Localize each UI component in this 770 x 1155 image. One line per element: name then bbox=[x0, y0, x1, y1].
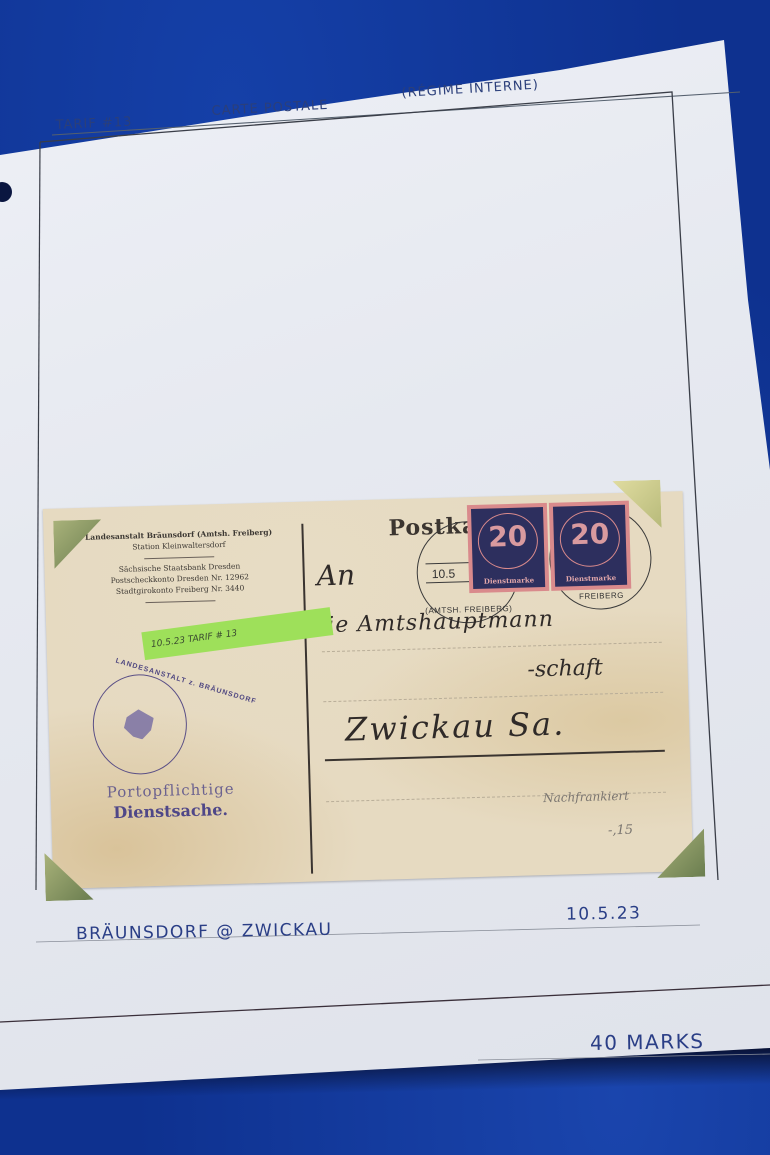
address-underline bbox=[325, 750, 665, 761]
stamp-1: 20 Dienstmarke bbox=[467, 503, 549, 593]
seal-emblem-icon bbox=[123, 709, 154, 740]
stamp-label: Dienstmarke bbox=[473, 575, 545, 586]
seal-text: LANDESANSTALT z. BRÄUNSDORF bbox=[115, 658, 258, 706]
mount-corner-bottom-right bbox=[656, 829, 705, 878]
mount-corner-bottom-left bbox=[44, 852, 93, 901]
stamp-value: 20 bbox=[471, 519, 544, 554]
pencil-note-1: Nachfrankiert bbox=[543, 789, 629, 805]
footer-rate: 40 MARKS bbox=[590, 1029, 705, 1055]
official-stamp-line-2: Dienstsache. bbox=[113, 800, 228, 822]
address-line-4: Zwickau Sa. bbox=[345, 705, 566, 749]
address-line-1: An bbox=[316, 558, 355, 592]
address-line-2: die Amtshauptmann bbox=[312, 607, 554, 639]
official-seal: LANDESANSTALT z. BRÄUNSDORF bbox=[91, 673, 188, 776]
pencil-note-2: -,15 bbox=[608, 823, 633, 839]
sender-rule-bottom bbox=[145, 600, 215, 603]
binder-hole bbox=[0, 182, 12, 202]
address-dotted-line bbox=[322, 642, 662, 652]
sender-block: Landesanstalt Bräunsdorf (Amtsh. Freiber… bbox=[73, 526, 285, 605]
postmark-right-text: FREIBERG bbox=[551, 590, 651, 602]
stamp-2: 20 Dienstmarke bbox=[549, 501, 631, 591]
footer-date: 10.5.23 bbox=[566, 903, 642, 924]
postcard-divider bbox=[301, 524, 312, 874]
postcard: Landesanstalt Bräunsdorf (Amtsh. Freiber… bbox=[43, 491, 693, 889]
address-dotted-line bbox=[323, 692, 663, 702]
stamp-value: 20 bbox=[553, 517, 626, 552]
address-line-3: -schaft bbox=[527, 655, 603, 682]
stamp-label: Dienstmarke bbox=[555, 573, 627, 584]
sender-rule bbox=[144, 556, 214, 559]
official-stamp-line-1: Portopflichtige bbox=[107, 780, 235, 802]
